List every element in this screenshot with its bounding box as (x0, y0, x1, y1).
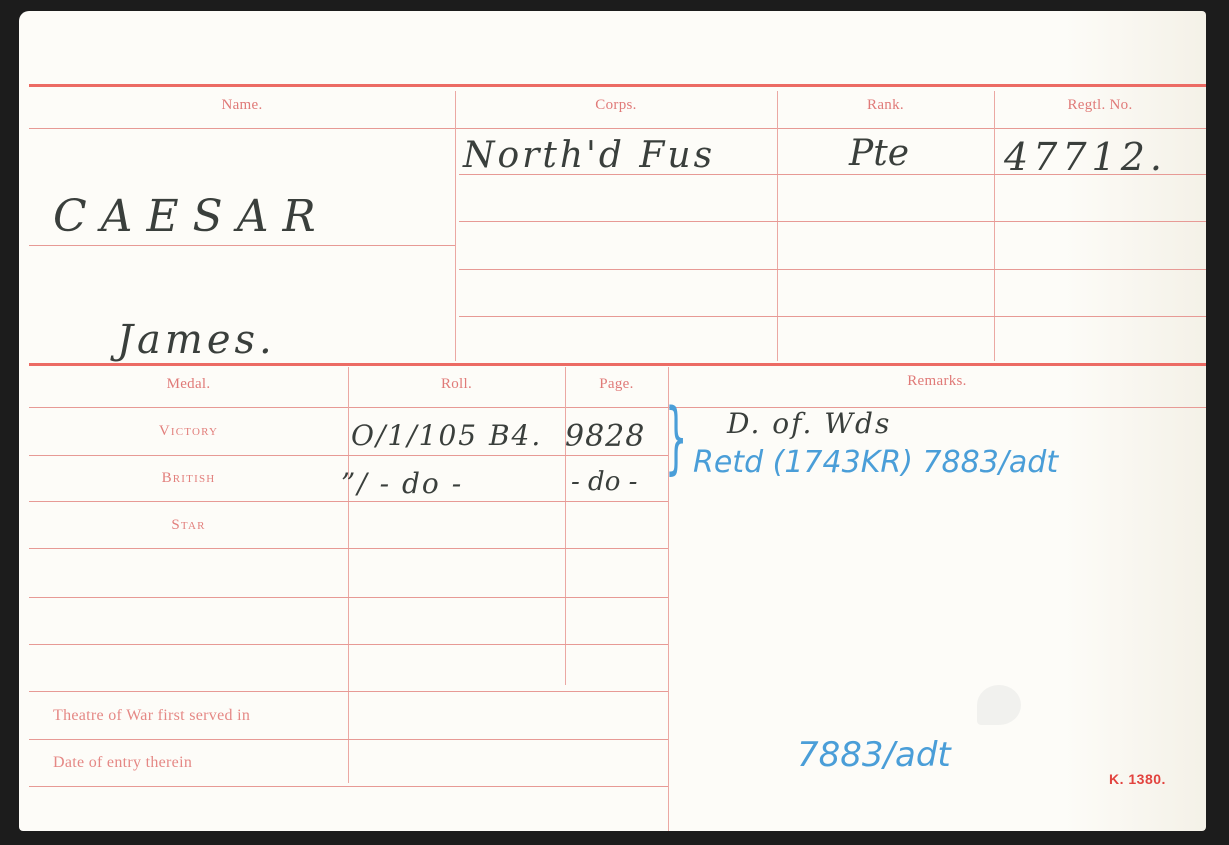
medal-row-rule (29, 644, 668, 645)
medal-star-label: Star (29, 517, 348, 534)
surname-entry: CAESAR (53, 191, 330, 242)
bottom-annotation: 7883/adt (797, 735, 951, 775)
medal-header-rule (29, 407, 1206, 408)
name-rule (29, 245, 455, 246)
header-corps: Corps. (455, 97, 777, 114)
theatre-label: Theatre of War first served in (53, 707, 250, 725)
divider-rank-regtl (994, 91, 995, 361)
divider-roll-page (565, 367, 566, 685)
top-rule (29, 84, 1206, 87)
header-page: Page. (565, 376, 668, 393)
british-page-entry: - do - (571, 467, 637, 497)
medal-row-rule (29, 597, 668, 598)
divider-corps-rank (777, 91, 778, 361)
header-roll: Roll. (348, 376, 565, 393)
footer-rule (29, 786, 668, 787)
header-rank: Rank. (777, 97, 994, 114)
date-entry-label: Date of entry therein (53, 754, 192, 772)
medal-row-rule (29, 501, 668, 502)
corps-rule (459, 269, 1206, 270)
header-medal: Medal. (29, 376, 348, 393)
medal-row-rule (29, 455, 668, 456)
medal-row-rule (29, 691, 668, 692)
remarks-line-2: Retd (1743KR) 7883/adt (693, 445, 1058, 480)
form-number: K. 1380. (1109, 771, 1166, 787)
corps-entry: North'd Fus (463, 135, 715, 176)
british-roll-entry: ”/ - do - (341, 467, 463, 500)
corps-rule (459, 316, 1206, 317)
forename-entry: James. (117, 317, 276, 363)
rank-entry: Pte (849, 133, 909, 174)
remarks-line-1: D. of. Wds (727, 407, 891, 440)
header-rule (29, 128, 1206, 129)
medal-row-rule (29, 548, 668, 549)
remarks-brace: } (665, 399, 687, 477)
header-name: Name. (29, 97, 455, 114)
footer-rule (29, 739, 668, 740)
victory-page-entry: 9828 (565, 419, 645, 454)
stamp-mark (977, 685, 1021, 725)
divider-medal-roll (348, 367, 349, 783)
divider-name-corps (455, 91, 456, 361)
header-remarks: Remarks. (668, 373, 1206, 390)
corps-rule (459, 221, 1206, 222)
middle-rule (29, 363, 1206, 366)
medal-british-label: British (29, 470, 348, 487)
medal-victory-label: Victory (29, 423, 348, 440)
victory-roll-entry: O/1/105 B4. (351, 419, 542, 452)
regtl-no-entry: 47712. (1004, 135, 1167, 179)
header-regtl-no: Regtl. No. (994, 97, 1206, 114)
medal-index-card: Name. Corps. Rank. Regtl. No. CAESAR Jam… (19, 11, 1206, 831)
